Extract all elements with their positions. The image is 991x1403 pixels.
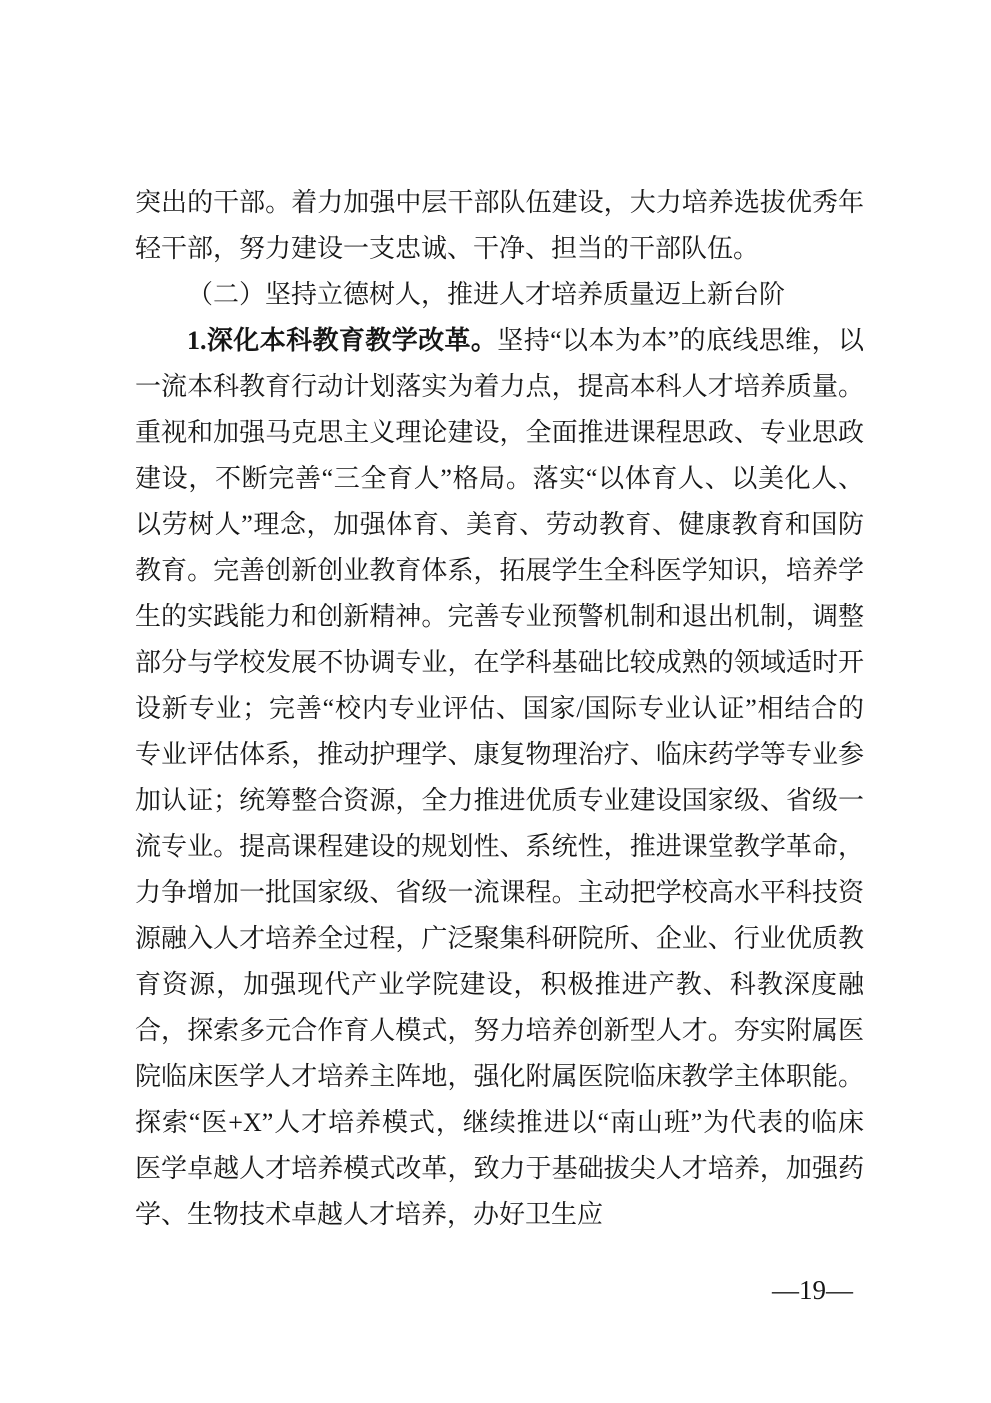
document-body: 突出的干部。着力加强中层干部队伍建设，大力培养选拔优秀年轻干部，努力建设一支忠诚… [135, 180, 864, 1238]
numbered-item-lead: 1.深化本科教育教学改革。 [187, 326, 497, 355]
paragraph-numbered-item: 1.深化本科教育教学改革。坚持“以本为本”的底线思维，以一流本科教育行动计划落实… [135, 318, 864, 1238]
page-footer: —19— [772, 1275, 853, 1306]
paragraph-continuation: 突出的干部。着力加强中层干部队伍建设，大力培养选拔优秀年轻干部，努力建设一支忠诚… [135, 180, 864, 272]
section-heading: （二）坚持立德树人，推进人才培养质量迈上新台阶 [135, 272, 864, 318]
document-page: 突出的干部。着力加强中层干部队伍建设，大力培养选拔优秀年轻干部，努力建设一支忠诚… [0, 0, 991, 1403]
numbered-item-body: 坚持“以本为本”的底线思维，以一流本科教育行动计划落实为着力点，提高本科人才培养… [135, 326, 864, 1229]
page-number: —19— [772, 1275, 853, 1305]
